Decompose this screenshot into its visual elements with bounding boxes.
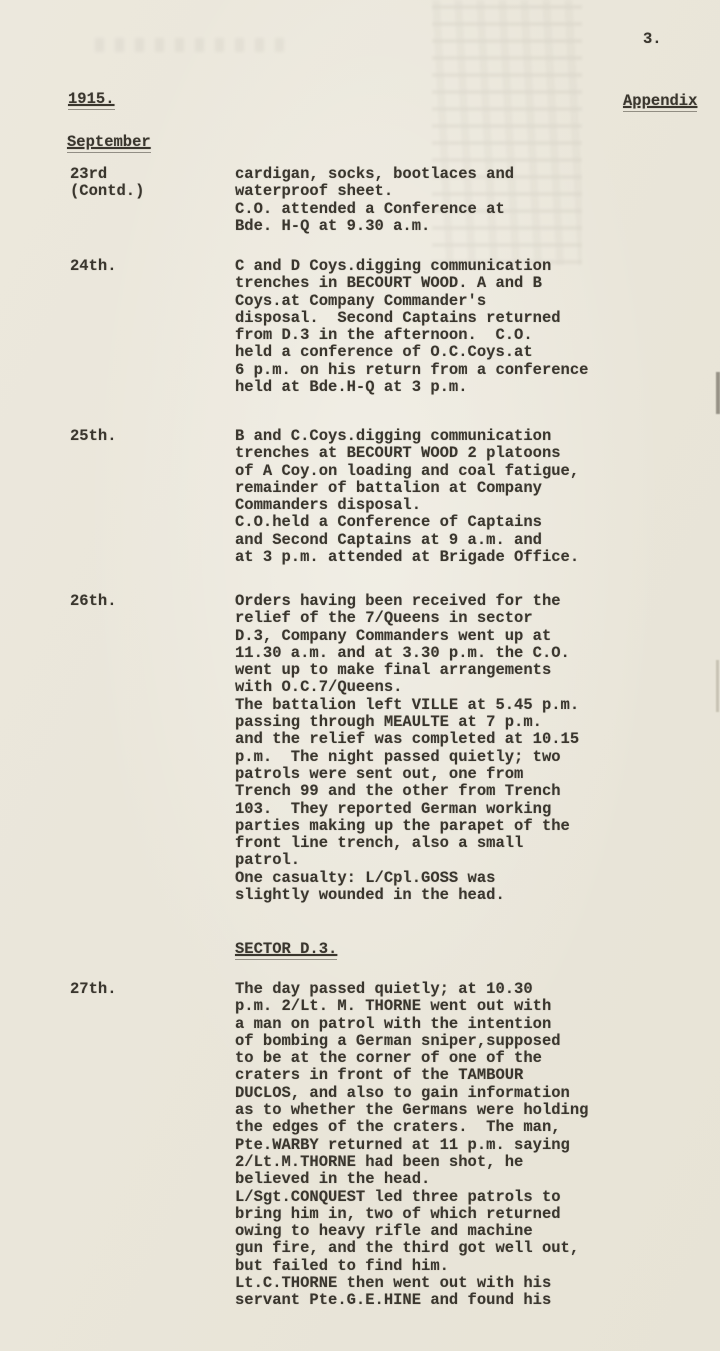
entry-text-line: 6 p.m. on his return from a conference: [235, 362, 655, 379]
entry-text-line: Lt.C.THORNE then went out with his: [235, 1275, 655, 1292]
entry-text-line: servant Pte.G.E.HINE and found his: [235, 1292, 655, 1309]
entry-date-line: 27th.: [70, 981, 117, 998]
entry-text-line: parties making up the parapet of the: [235, 818, 655, 835]
entry-text-line: D.3, Company Commanders went up at: [235, 628, 655, 645]
entry-text-line: cardigan, socks, bootlaces and: [235, 166, 655, 183]
entry-date-line: 24th.: [70, 258, 117, 275]
entry-text-line: C and D Coys.digging communication: [235, 258, 655, 275]
entry-text-line: patrol.: [235, 852, 655, 869]
entry-text-line: C.O. attended a Conference at: [235, 201, 655, 218]
entry-text-line: and the relief was completed at 10.15: [235, 731, 655, 748]
entry-text-line: to be at the corner of one of the: [235, 1050, 655, 1067]
entry-text-line: of A Coy.on loading and coal fatigue,: [235, 463, 655, 480]
entry-text-line: and Second Captains at 9 a.m. and: [235, 532, 655, 549]
entry-text-line: held a conference of O.C.Coys.at: [235, 344, 655, 361]
entry-text-line: p.m. The night passed quietly; two: [235, 749, 655, 766]
entry-text: B and C.Coys.digging communicationtrench…: [235, 428, 655, 566]
entry-text-line: The day passed quietly; at 10.30: [235, 981, 655, 998]
entry-date-line: 23rd: [70, 166, 144, 183]
entry-text-line: Commanders disposal.: [235, 497, 655, 514]
entry-text-line: Trench 99 and the other from Trench: [235, 783, 655, 800]
entry-text-line: relief of the 7/Queens in sector: [235, 610, 655, 627]
entry-text-line: held at Bde.H-Q at 3 p.m.: [235, 379, 655, 396]
entry-text-line: trenches in BECOURT WOOD. A and B: [235, 275, 655, 292]
entry-date: 26th.: [70, 593, 117, 610]
entry-text-line: owing to heavy rifle and machine: [235, 1223, 655, 1240]
diary-entries: 23rd(Contd.)cardigan, socks, bootlaces a…: [0, 0, 720, 1351]
entry-text: The day passed quietly; at 10.30p.m. 2/L…: [235, 981, 655, 1310]
entry-text-line: L/Sgt.CONQUEST led three patrols to: [235, 1189, 655, 1206]
entry-text-line: passing through MEAULTE at 7 p.m.: [235, 714, 655, 731]
entry-text-line: trenches at BECOURT WOOD 2 platoons: [235, 445, 655, 462]
entry-text-line: waterproof sheet.: [235, 183, 655, 200]
entry-date: 23rd(Contd.): [70, 166, 144, 201]
entry-text-line: front line trench, also a small: [235, 835, 655, 852]
entry-text-line: C.O.held a Conference of Captains: [235, 514, 655, 531]
entry-text-line: with O.C.7/Queens.: [235, 679, 655, 696]
entry-text-line: craters in front of the TAMBOUR: [235, 1067, 655, 1084]
entry-text-line: The battalion left VILLE at 5.45 p.m.: [235, 697, 655, 714]
entry-text-line: DUCLOS, and also to gain information: [235, 1085, 655, 1102]
entry-text-line: One casualty: L/Cpl.GOSS was: [235, 870, 655, 887]
entry-text-line: the edges of the craters. The man,: [235, 1119, 655, 1136]
entry-date-line: 25th.: [70, 428, 117, 445]
diary-entry: 26th.Orders having been received for the…: [0, 593, 720, 904]
entry-text-line: but failed to find him.: [235, 1258, 655, 1275]
sector-heading-row: SECTOR D.3.: [0, 941, 720, 960]
entry-date: 25th.: [70, 428, 117, 445]
entry-text: C and D Coys.digging communicationtrench…: [235, 258, 655, 396]
entry-date-line: 26th.: [70, 593, 117, 610]
entry-text-line: as to whether the Germans were holding: [235, 1102, 655, 1119]
entry-text-line: Orders having been received for the: [235, 593, 655, 610]
entry-text-line: remainder of battalion at Company: [235, 480, 655, 497]
entry-text-line: 11.30 a.m. and at 3.30 p.m. the C.O.: [235, 645, 655, 662]
entry-text: Orders having been received for therelie…: [235, 593, 655, 904]
entry-text-line: disposal. Second Captains returned: [235, 310, 655, 327]
entry-text-line: p.m. 2/Lt. M. THORNE went out with: [235, 998, 655, 1015]
entry-text-line: patrols were sent out, one from: [235, 766, 655, 783]
entry-text-line: from D.3 in the afternoon. C.O.: [235, 327, 655, 344]
entry-text-line: Bde. H-Q at 9.30 a.m.: [235, 218, 655, 235]
war-diary-page: 3. 1915. Appendix September 23rd(Contd.)…: [0, 0, 720, 1351]
entry-text: cardigan, socks, bootlaces andwaterproof…: [235, 166, 655, 235]
entry-date-line: (Contd.): [70, 183, 144, 200]
entry-text-line: at 3 p.m. attended at Brigade Office.: [235, 549, 655, 566]
entry-text-line: Coys.at Company Commander's: [235, 293, 655, 310]
diary-entry: 25th.B and C.Coys.digging communicationt…: [0, 428, 720, 566]
entry-text-line: bring him in, two of which returned: [235, 1206, 655, 1223]
entry-text-line: believed in the head.: [235, 1171, 655, 1188]
entry-date: 24th.: [70, 258, 117, 275]
entry-text-line: 2/Lt.M.THORNE had been shot, he: [235, 1154, 655, 1171]
entry-text-line: a man on patrol with the intention: [235, 1016, 655, 1033]
diary-entry: 24th.C and D Coys.digging communicationt…: [0, 258, 720, 396]
sector-heading: SECTOR D.3.: [235, 941, 337, 960]
entry-text-line: went up to make final arrangements: [235, 662, 655, 679]
entry-text-line: 103. They reported German working: [235, 801, 655, 818]
entry-text-line: B and C.Coys.digging communication: [235, 428, 655, 445]
entry-text-line: gun fire, and the third got well out,: [235, 1240, 655, 1257]
entry-text-line: slightly wounded in the head.: [235, 887, 655, 904]
entry-text-line: of bombing a German sniper,supposed: [235, 1033, 655, 1050]
diary-entry: 23rd(Contd.)cardigan, socks, bootlaces a…: [0, 166, 720, 235]
diary-entry: 27th.The day passed quietly; at 10.30p.m…: [0, 981, 720, 1310]
entry-date: 27th.: [70, 981, 117, 998]
entry-text-line: Pte.WARBY returned at 11 p.m. saying: [235, 1137, 655, 1154]
